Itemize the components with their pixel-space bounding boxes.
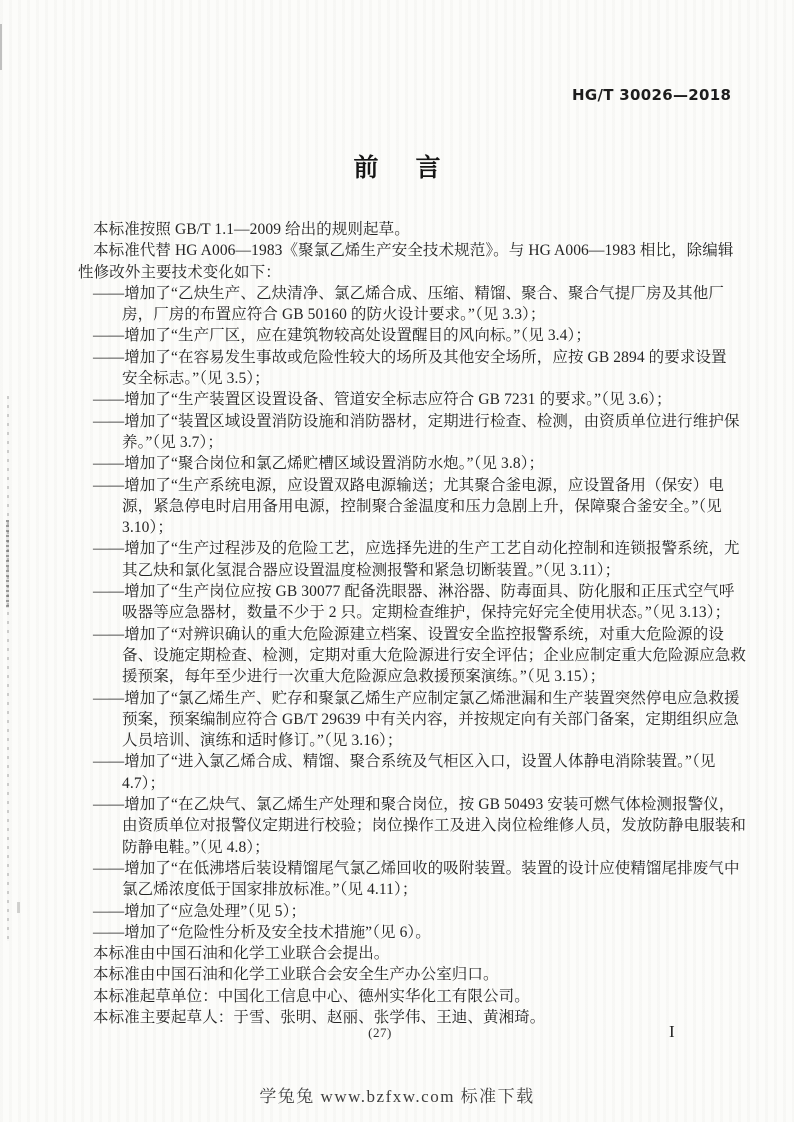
text-line: ——增加了“生产过程涉及的危险工艺，应选择先进的生产工艺自动化控制和连锁报警系统… [78, 538, 707, 559]
text-line: 3.10）； [78, 517, 707, 538]
text-line: 本标准由中国石油和化学工业联合会安全生产办公室归口。 [78, 964, 707, 985]
text-line: ——增加了“进入氯乙烯合成、精馏、聚合系统及气柜区入口，设置人体静电消除装置。”… [78, 751, 707, 772]
text-line: ——增加了“乙炔生产、乙炔清净、氯乙烯合成、压缩、精馏、聚合、聚合气提厂房及其他… [78, 283, 707, 304]
scan-artifact [17, 902, 20, 913]
text-line: 由资质单位对报警仪定期进行校验；岗位操作工及进入岗位检维修人员，发放防静电服装和 [78, 815, 707, 836]
text-line: 本标准按照 GB/T 1.1—2009 给出的规则起草。 [78, 219, 707, 240]
page-number-roman: I [669, 1022, 675, 1042]
text-line: 养。”（见 3.7）； [78, 432, 707, 453]
foreword-body-text: 本标准按照 GB/T 1.1—2009 给出的规则起草。本标准代替 HG A00… [78, 219, 707, 1028]
document-page: HG/T 30026—2018 前言 本标准按照 GB/T 1.1—2009 给… [0, 0, 794, 1122]
text-line: 氯乙烯浓度低于国家排放标准。”（见 4.11）； [78, 879, 707, 900]
scan-artifact [7, 396, 9, 941]
watermark-download-site: 学兔兔 www.bzfxw.com 标准下载 [0, 1082, 794, 1107]
text-line: 源，紧急停电时启用备用电源，控制聚合釜温度和压力急剧上升，保障聚合釜安全。”（见 [78, 496, 707, 517]
text-line: 本标准起草单位：中国化工信息中心、德州实华化工有限公司。 [78, 986, 707, 1007]
text-line: 吸器等应急器材，数量不少于 2 只。定期检查维护，保持完好完全使用状态。”（见 … [78, 602, 707, 623]
text-line: 预案，预案编制应符合 GB/T 29639 中有关内容，并按规定向有关部门备案，… [78, 709, 707, 730]
text-line: 房，厂房的布置应符合 GB 50160 的防火设计要求。”（见 3.3）； [78, 304, 707, 325]
text-line: 其乙炔和氯化氢混合器应设置温度检测报警和紧急切断装置。”（见 3.11）； [78, 560, 707, 581]
text-line: 安全标志。”（见 3.5）； [78, 368, 707, 389]
text-line: 备、设施定期检查、检测，定期对重大危险源进行安全评估；企业应制定重大危险源应急救 [78, 645, 707, 666]
text-line: 防静电鞋。”（见 4.8）； [78, 837, 707, 858]
text-line: ——增加了“聚合岗位和氯乙烯贮槽区域设置消防水炮。”（见 3.8）； [78, 453, 707, 474]
scan-artifact [6, 520, 9, 608]
text-line: ——增加了“生产系统电源，应设置双路电源输送；尤其聚合釜电源，应设置备用（保安）… [78, 475, 707, 496]
text-line: ——增加了“在乙炔气、氯乙烯生产处理和聚合岗位，按 GB 50493 安装可燃气… [78, 794, 707, 815]
title-char: 前 [353, 148, 378, 184]
scan-artifact [0, 24, 2, 70]
text-line: ——增加了“在容易发生事故或危险性较大的场所及其他安全场所，应按 GB 2894… [78, 347, 707, 368]
standard-number-header: HG/T 30026—2018 [572, 86, 702, 104]
text-line: ——增加了“装置区域设置消防设施和消防器材，定期进行检查、检测，由资质单位进行维… [78, 411, 707, 432]
text-line: ——增加了“在低沸塔后装设精馏尾气氯乙烯回收的吸附装置。装置的设计应使精馏尾排废… [78, 858, 707, 879]
title-char: 言 [416, 148, 441, 184]
text-line: 本标准代替 HG A006—1983《聚氯乙烯生产安全技术规范》。与 HG A0… [78, 240, 707, 261]
text-line: 性修改外主要技术变化如下： [78, 262, 707, 283]
text-line: ——增加了“氯乙烯生产、贮存和聚氯乙烯生产应制定氯乙烯泄漏和生产装置突然停电应急… [78, 688, 707, 709]
text-line: ——增加了“应急处理”（见 5）； [78, 901, 707, 922]
text-line: 4.7）； [78, 773, 707, 794]
page-title: 前言 [0, 148, 794, 184]
text-line: ——增加了“危险性分析及安全技术措施”（见 6）。 [78, 922, 707, 943]
text-line: ——增加了“对辨识确认的重大危险源建立档案、设置安全监控报警系统，对重大危险源的… [78, 624, 707, 645]
text-line: ——增加了“生产装置区设置设备、管道安全标志应符合 GB 7231 的要求。”（… [78, 389, 707, 410]
text-line: 援预案，每年至少进行一次重大危险源应急救援预案演练。”（见 3.15）； [78, 666, 707, 687]
text-line: 本标准由中国石油和化学工业联合会提出。 [78, 943, 707, 964]
text-line: 人员培训、演练和适时修订。”（见 3.16）； [78, 730, 707, 751]
page-number-parenthesized: (27) [350, 1025, 410, 1041]
text-line: ——增加了“生产岗位应按 GB 30077 配备洗眼器、淋浴器、防毒面具、防化服… [78, 581, 707, 602]
text-line: ——增加了“生产厂区，应在建筑物较高处设置醒目的风向标。”（见 3.4）； [78, 325, 707, 346]
